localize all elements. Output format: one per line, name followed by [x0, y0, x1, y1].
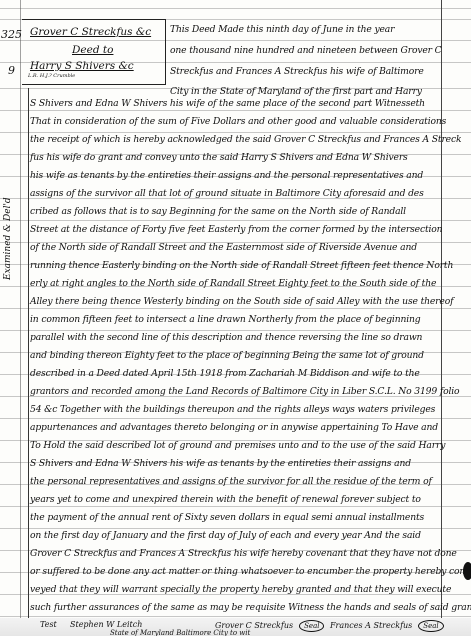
body-line: veyed that they will warrant specially t… — [30, 584, 451, 596]
body-line: or suffered to be done any act matter or… — [30, 566, 465, 578]
body-line: parallel with the second line of this de… — [30, 332, 422, 344]
body-line: the payment of the annual rent of Sixty … — [30, 512, 424, 524]
body-line: running thence Easterly binding on the N… — [30, 260, 453, 272]
body-line: S Shivers and Edna W Shivers his wife of… — [30, 98, 425, 110]
body-line: Alley there being thence Westerly bindin… — [30, 296, 453, 308]
body-line: his wife as tenants by the entireties th… — [30, 170, 423, 182]
index-notation: L.R. H.J.? Crumble — [28, 73, 75, 79]
entry-number: 9 — [8, 64, 15, 77]
ruled-line — [0, 330, 471, 331]
ruled-line — [0, 220, 471, 221]
witness-signature: Stephen W Leitch — [70, 620, 142, 629]
body-line: grantors and recorded among the Land Rec… — [30, 386, 459, 398]
body-line: appurtenances and advantages thereto bel… — [30, 422, 438, 434]
body-line: such further assurances of the same as m… — [30, 602, 471, 614]
body-line: fus his wife do grant and convey unto th… — [30, 152, 408, 164]
header-line: This Deed Made this ninth day of June in… — [170, 24, 394, 36]
body-line: in common fifteen feet to intersect a li… — [30, 314, 421, 326]
ruled-line — [0, 308, 471, 309]
body-line: on the first day of January and the firs… — [30, 530, 421, 542]
ruled-line — [0, 616, 471, 617]
body-line: To Hold the said described lot of ground… — [30, 440, 445, 452]
margin-line-main — [28, 88, 29, 636]
ink-blot — [463, 562, 471, 580]
seal-mark: Seal — [299, 620, 324, 632]
body-line: That in consideration of the sum of Five… — [30, 116, 446, 128]
header-line: one thousand nine hundred and nineteen b… — [170, 45, 442, 57]
acknowledgment-line: State of Maryland Baltimore City to wit — [110, 629, 250, 636]
body-line: Grover C Streckfus and Frances A Streckf… — [30, 548, 457, 560]
header-line: City in the State of Maryland of the fir… — [170, 86, 422, 98]
seal-mark: Seal — [418, 620, 443, 632]
ruled-line — [0, 528, 471, 529]
index-grantee: Harry S Shivers &c — [30, 60, 134, 72]
test-label-bottom: Test — [40, 620, 57, 629]
index-grantor: Grover C Streckfus &c — [30, 26, 151, 38]
signature-frances: Frances A StreckfusSeal — [330, 620, 444, 632]
page-number: 325 — [1, 28, 22, 41]
body-line: the receipt of which is hereby acknowled… — [30, 134, 461, 146]
body-line: S Shivers and Edna W Shivers his wife as… — [30, 458, 411, 470]
body-line: the personal representatives and assigns… — [30, 476, 432, 488]
ruled-line — [0, 506, 471, 507]
body-line: assigns of the survivor all that lot of … — [30, 188, 424, 200]
body-line: erly at right angles to the North side o… — [30, 278, 436, 290]
body-line: Street at the distance of Forty five fee… — [30, 224, 442, 236]
ruled-line — [0, 418, 471, 419]
ruled-line — [0, 110, 471, 111]
body-line: years yet to come and unexpired therein … — [30, 494, 421, 506]
margin-note: Examined & Del'd — [3, 80, 27, 280]
signature-name: Frances A Streckfus — [330, 621, 412, 630]
ruled-line — [0, 132, 471, 133]
margin-line-right — [441, 0, 442, 636]
body-line: and binding thereon Eighty feet to the p… — [30, 350, 424, 362]
body-line: of the North side of Randall Street and … — [30, 242, 417, 254]
deed-record-page: 325 9 Grover C Streckfus &c Deed to Harr… — [0, 0, 471, 636]
ruled-line — [0, 8, 471, 9]
body-line: described in a Deed dated April 15th 191… — [30, 368, 420, 380]
index-relation: Deed to — [72, 44, 113, 56]
body-line: 54 &c Together with the buildings thereu… — [30, 404, 435, 416]
header-line: Streckfus and Frances A Streckfus his wi… — [170, 66, 424, 78]
body-line: cribed as follows that is to say Beginni… — [30, 206, 406, 218]
